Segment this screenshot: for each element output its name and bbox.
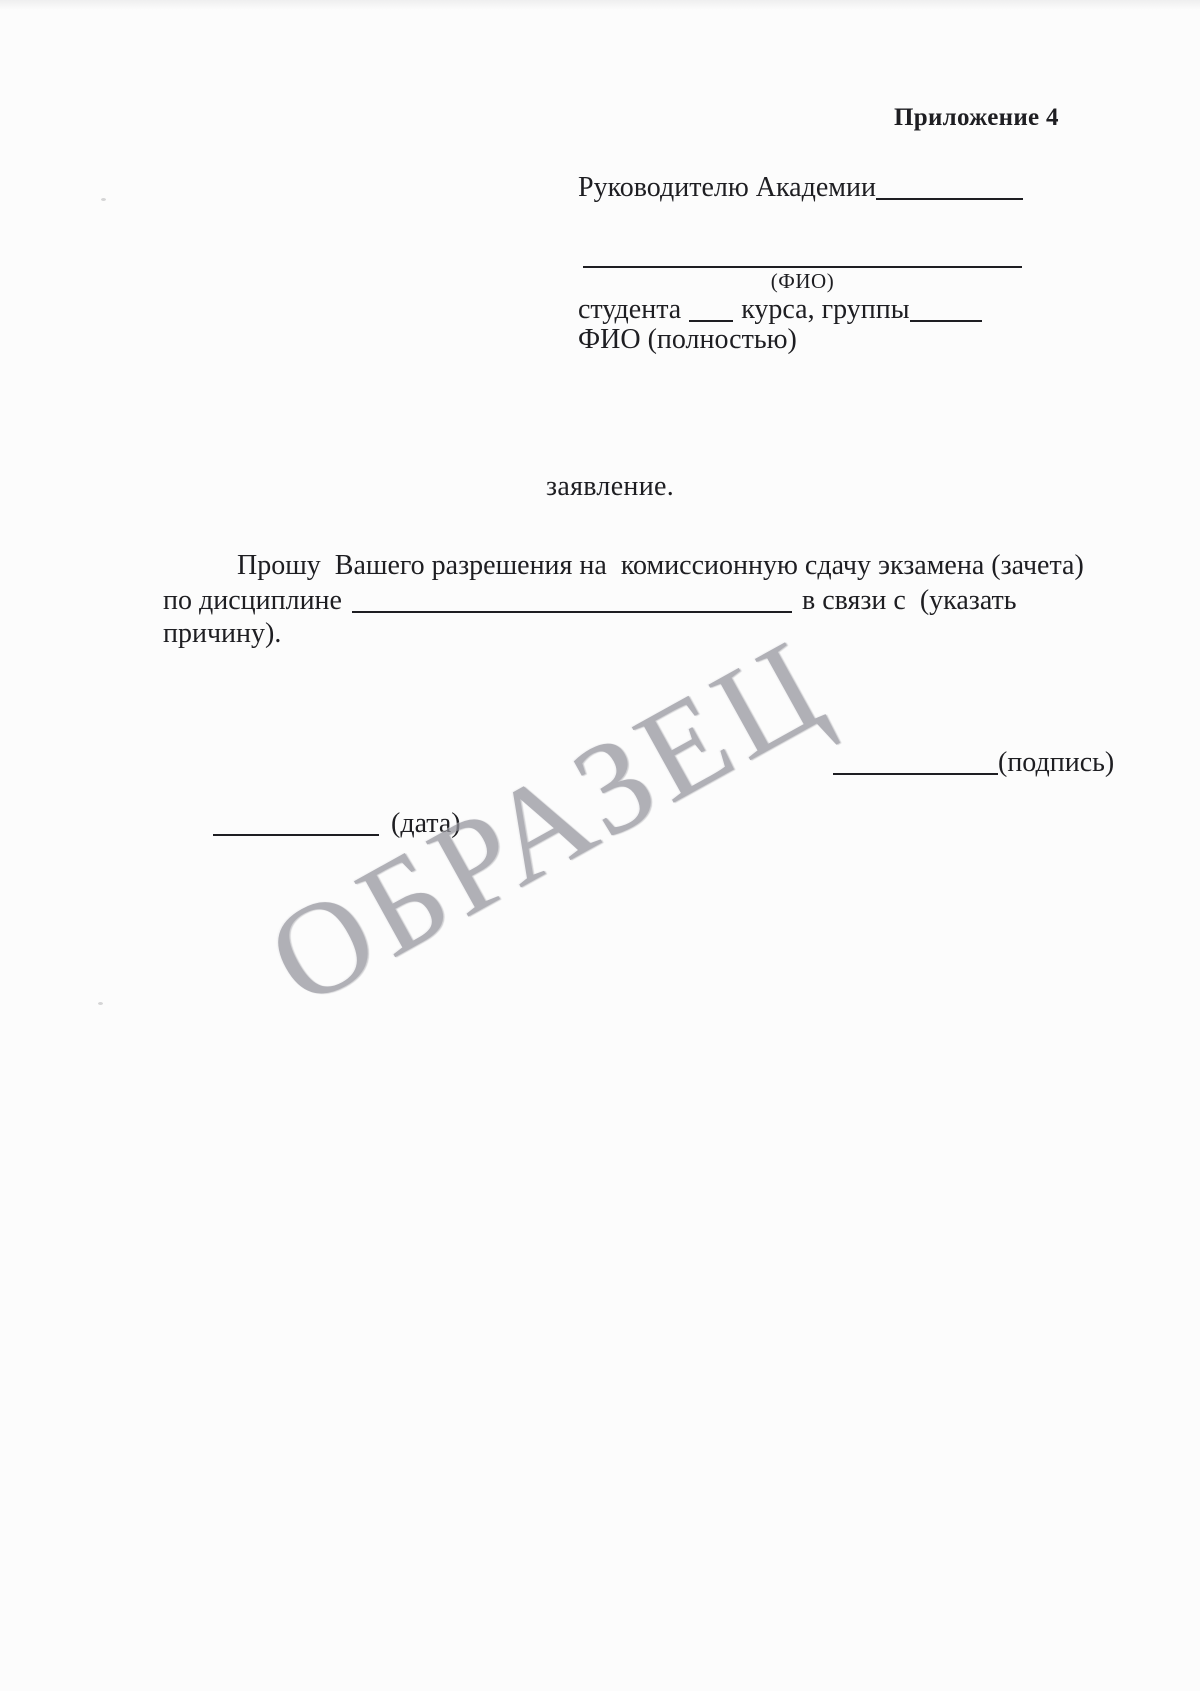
date-caption: (дата) [391,808,461,839]
signature-caption: (подпись) [998,747,1114,778]
body-line-2: по дисциплинев связи с (указать [163,583,1017,617]
recipient-name-fill-line [876,170,1023,200]
student-mid-text: курса, группы [741,294,909,325]
scan-speck [98,1002,103,1005]
scan-speck [101,198,106,201]
recipient-line: Руководителю Академии [578,170,1023,204]
student-prefix-text: студента [578,294,681,325]
document-page: Приложение 4 Руководителю Академии (ФИО)… [0,0,1200,1691]
fio-caption: (ФИО) [583,269,1022,294]
student-line: студентакурса, группы [578,292,982,326]
appendix-label: Приложение 4 [894,103,1059,133]
application-title: заявление. [546,470,674,503]
group-fill-line [910,292,982,322]
recipient-text: Руководителю Академии [578,172,876,203]
signature-row: (подпись) [833,745,1114,779]
fio-full-line: ФИО (полностью) [578,323,797,356]
fio-fill-line [583,240,1022,268]
body-line-2-prefix: по дисциплине [163,585,342,616]
body-line-3: причину). [163,617,281,650]
course-fill-line [689,292,733,322]
body-line-1: Прошу Вашего разрешения на комиссионную … [237,549,1084,582]
date-fill-line [213,806,379,836]
date-row: (дата) [213,806,461,840]
body-line-2-suffix: в связи с (указать [802,585,1017,616]
discipline-fill-line [352,583,792,613]
signature-fill-line [833,745,998,775]
